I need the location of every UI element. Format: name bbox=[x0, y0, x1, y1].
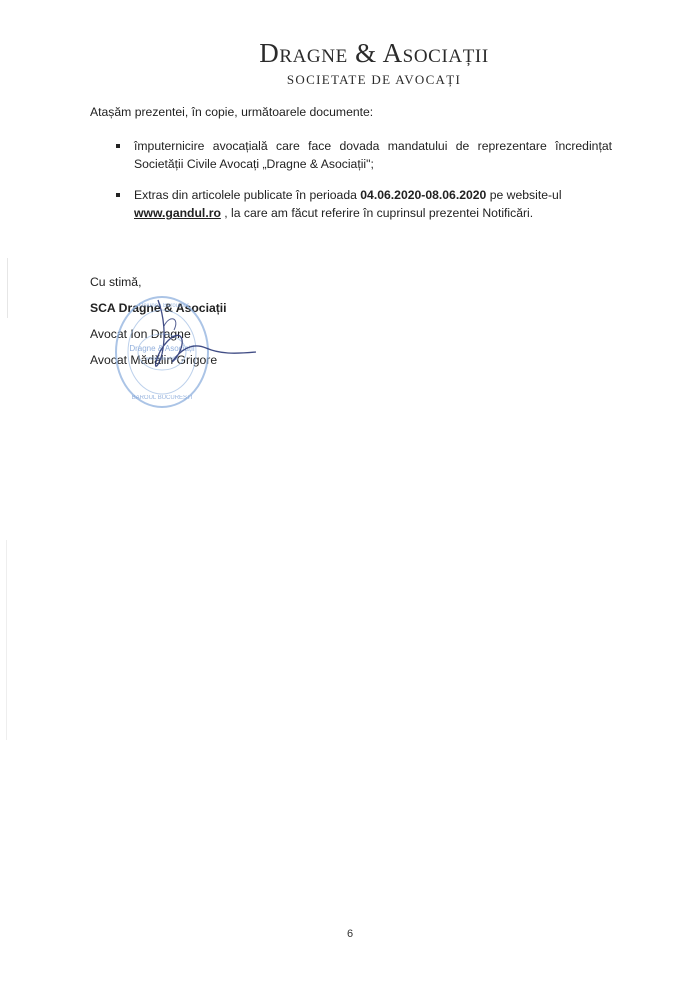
svg-text:BAROUL BUCUREȘTI: BAROUL BUCUREȘTI bbox=[132, 395, 193, 401]
intro-paragraph: Atașăm prezentei, în copie, următoarele … bbox=[90, 103, 612, 121]
list-item-text: împuternicire avocațială care face dovad… bbox=[134, 139, 612, 171]
signing-firm: SCA Dragne & Asociații bbox=[90, 299, 227, 325]
attachments-list: împuternicire avocațială care face dovad… bbox=[90, 137, 612, 222]
scan-edge-mark bbox=[7, 258, 8, 318]
list-item-text: Extras din articolele publicate în perio… bbox=[134, 188, 360, 202]
list-item-text: pe website-ul bbox=[486, 188, 561, 202]
square-bullet-icon bbox=[116, 193, 120, 197]
scan-edge-mark bbox=[6, 540, 7, 740]
salutation: Cu stimă, bbox=[90, 273, 227, 299]
page-number: 6 bbox=[0, 928, 700, 940]
website-link[interactable]: www.gandul.ro bbox=[134, 206, 221, 220]
signatory: Avocat Mădălin Grigore bbox=[90, 351, 227, 377]
list-item: Extras din articolele publicate în perio… bbox=[90, 186, 612, 222]
firm-name: Dragne & Asociații bbox=[0, 38, 700, 68]
document-page: Dragne & Asociații SOCIETATE DE AVOCAȚI … bbox=[0, 0, 700, 990]
firm-subtitle: SOCIETATE DE AVOCAȚI bbox=[0, 72, 700, 88]
letterhead: Dragne & Asociații SOCIETATE DE AVOCAȚI bbox=[0, 38, 700, 88]
date-range: 04.06.2020-08.06.2020 bbox=[360, 188, 486, 202]
square-bullet-icon bbox=[116, 144, 120, 148]
document-body: Atașăm prezentei, în copie, următoarele … bbox=[90, 103, 612, 235]
signatory: Avocat Ion Dragne bbox=[90, 325, 227, 351]
list-item-text: , la care am făcut referire în cuprinsul… bbox=[221, 206, 533, 220]
list-item: împuternicire avocațială care face dovad… bbox=[90, 137, 612, 173]
closing-block: Cu stimă, SCA Dragne & Asociații Avocat … bbox=[90, 273, 227, 377]
